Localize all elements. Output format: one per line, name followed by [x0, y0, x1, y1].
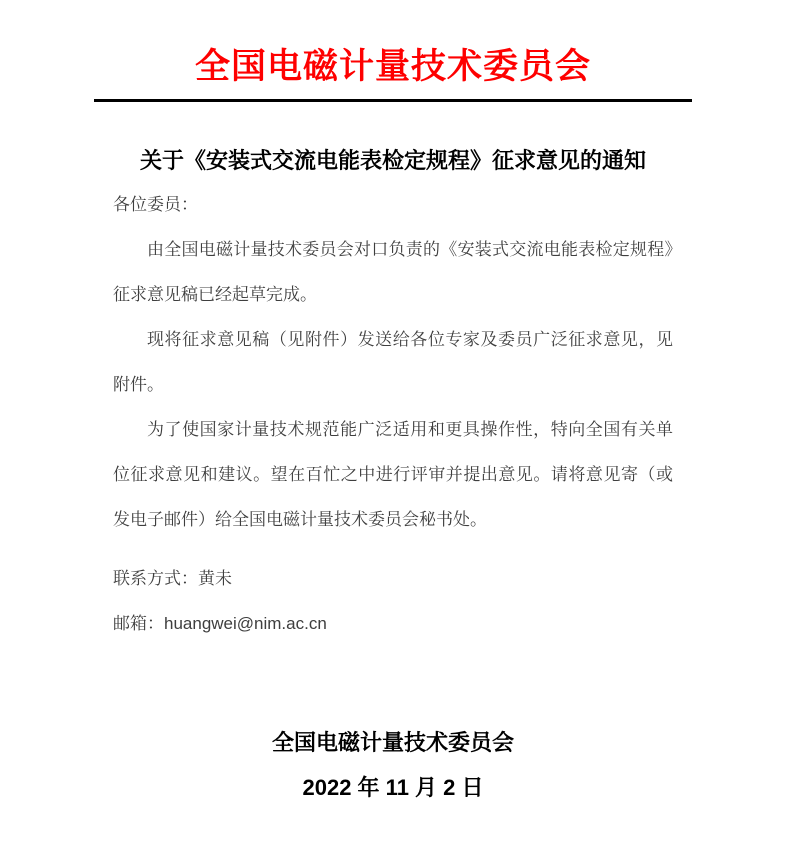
email-line: 邮箱：huangwei@nim.ac.cn	[113, 601, 673, 646]
email-label: 邮箱：	[113, 614, 164, 633]
notice-body: 关于《安装式交流电能表检定规程》征求意见的通知 各位委员： 由全国电磁计量技术委…	[0, 145, 786, 810]
notice-document-page: 全国电磁计量技术委员会 关于《安装式交流电能表检定规程》征求意见的通知 各位委员…	[0, 0, 786, 845]
contact-email: huangwei@nim.ac.cn	[164, 614, 327, 633]
paragraph-request-review: 为了使国家计量技术规范能广泛适用和更具操作性，特向全国有关单位征求意见和建议。望…	[113, 407, 673, 542]
paragraph-draft-completed: 由全国电磁计量技术委员会对口负责的《安装式交流电能表检定规程》征求意见稿已经起草…	[113, 227, 673, 317]
signature-date: 2022 年 11 月 2 日	[113, 765, 673, 810]
header-divider	[94, 99, 692, 102]
salutation: 各位委员：	[113, 182, 673, 227]
contact-name: 黄未	[198, 569, 232, 588]
committee-title: 全国电磁计量技术委员会	[0, 0, 786, 92]
signature-organization: 全国电磁计量技术委员会	[113, 720, 673, 765]
paragraph-sent-for-comments: 现将征求意见稿（见附件）发送给各位专家及委员广泛征求意见，见附件。	[113, 317, 673, 407]
contact-label: 联系方式：	[113, 569, 198, 588]
contact-line: 联系方式：黄未	[113, 556, 673, 601]
notice-heading: 关于《安装式交流电能表检定规程》征求意见的通知	[113, 145, 673, 177]
